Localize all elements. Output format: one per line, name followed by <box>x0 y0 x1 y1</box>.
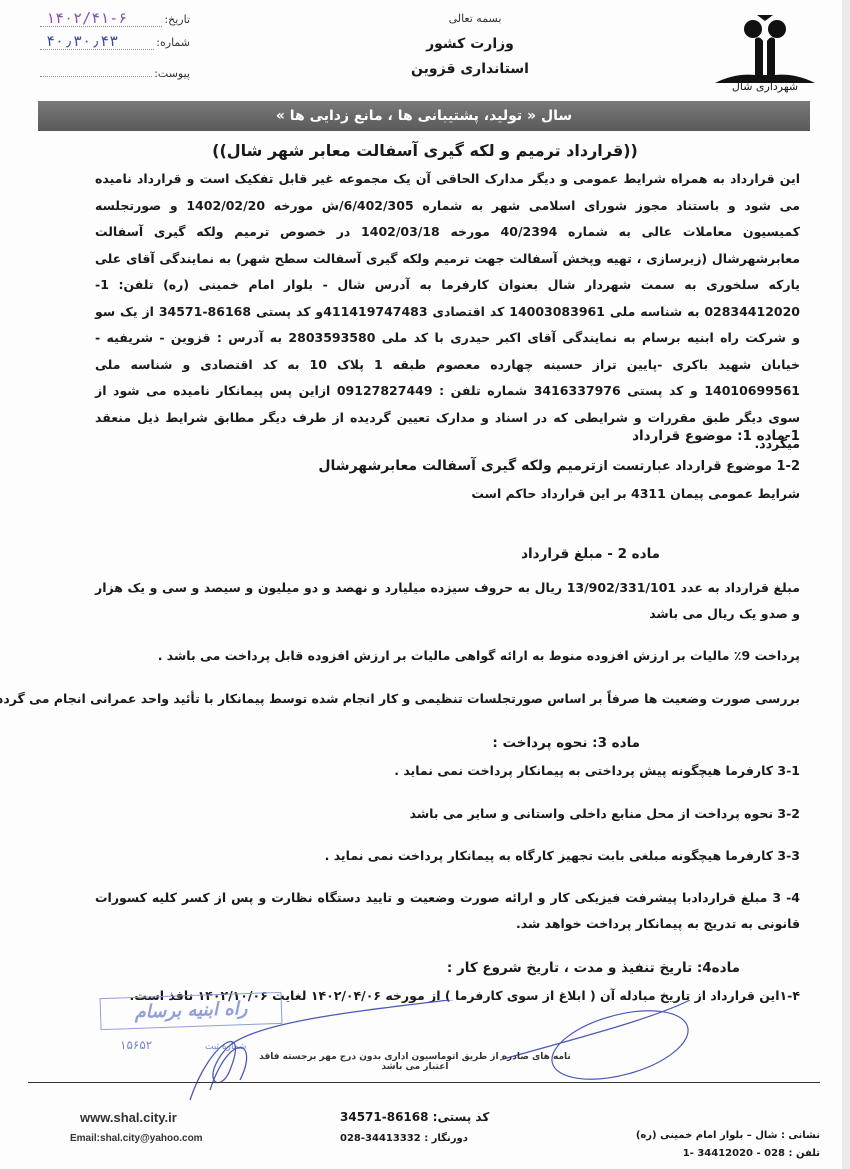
company-stamp: راه ابنیه برسام <box>99 992 282 1030</box>
article2-heading: ماده 2 - مبلغ قرارداد <box>521 546 660 562</box>
article1-item: 1-2 موضوع قرارداد عبارتست ازترمیم ولکه گ… <box>95 458 800 474</box>
email-link[interactable]: Email:shal.city@yahoo.com <box>70 1133 203 1144</box>
date-value: ۱۴۰۲/۴۱-۶ <box>40 10 162 27</box>
article1-item-prefix: 1-2 موضوع قرارداد عبارتست از <box>596 459 800 474</box>
date-field: تاریخ: ۱۴۰۲/۴۱-۶ <box>40 10 190 27</box>
postal-code: کد پستی: 34571-86168 <box>340 1110 489 1124</box>
postal-label: کد پستی: <box>433 1110 490 1124</box>
review-text: بررسی صورت وضعیت ها صرفاً بر اساس صورتجل… <box>95 691 800 706</box>
fax-number: دورنگار : 028-34413332 <box>340 1133 468 1144</box>
article3-heading: ماده 3: نحوه پرداخت : <box>492 735 640 751</box>
number-field: شماره: ۴۰٫۳۰٫۴۳ <box>40 33 190 50</box>
footer-divider <box>28 1082 820 1083</box>
article3-item-4: 4- 3 مبلغ قراردادبا پیشرفت فیزیکی کار و … <box>95 885 800 937</box>
contract-amount-text: مبلغ قرارداد به عدد 13/902/331/101 ریال … <box>95 575 800 627</box>
general-terms-text: شرایط عمومی پیمان 4311 بر این قرارداد حا… <box>95 486 800 501</box>
document-title: ((قرارداد ترمیم و لکه گیری آسفالت معابر … <box>40 141 810 160</box>
attachment-value <box>40 60 152 77</box>
basmala: بسمه تعالی <box>440 12 510 25</box>
website-link[interactable]: www.shal.city.ir <box>80 1110 177 1125</box>
number-value: ۴۰٫۳۰٫۴۳ <box>40 33 154 50</box>
article3-item-1: 3-1 کارفرما هیچگونه پیش پرداختی به پیمان… <box>95 763 800 778</box>
date-label: تاریخ: <box>164 13 190 26</box>
ministry-name: وزارت کشور <box>410 36 530 52</box>
attachment-label: پیوست: <box>154 67 190 80</box>
logo-caption: شهرداری شال <box>705 80 825 93</box>
phone-label: تلفن : <box>788 1148 820 1159</box>
article3-item-3: 3-3 کارفرما هیچگونه مبلغی بابت تجهیز کار… <box>95 848 800 863</box>
number-label: شماره: <box>156 36 190 49</box>
page-edge <box>842 0 850 1169</box>
stamp-number: ۱۵۶۵۲ <box>120 1038 152 1052</box>
stamp-label: شماره ثبت <box>205 1042 246 1052</box>
vat-text: پرداخت 9٪ مالیات بر ارزش افزوده منوط به … <box>95 648 800 663</box>
phone-number: تلفن : 1- 34412020 - 028 <box>620 1148 820 1159</box>
address-text: نشانی : شال – بلوار امام خمینی (ره) <box>620 1130 820 1141</box>
article1-item-subject: ترمیم ولکه گیری آسفالت معابرشهرشال <box>318 458 595 474</box>
year-slogan-banner: سال « تولید، پشتیبانی ها ، مانع زدایی ها… <box>38 101 810 131</box>
article3-item-2: 3-2 نحوه پرداخت از محل منابع داخلی واستا… <box>95 806 800 821</box>
phone-value: 1- 34412020 - 028 <box>683 1148 785 1159</box>
automation-notice: نامه های صادره از طریق اتوماسیون اداری ب… <box>250 1052 580 1072</box>
article1-heading: 1-ماده 1: موضوع قرارداد <box>95 428 800 444</box>
fax-value: 028-34413332 <box>340 1133 421 1144</box>
preamble-paragraph: این قرارداد به همراه شرایط عمومی و دیگر … <box>95 166 800 458</box>
province-name: استانداری قزوین <box>400 61 540 77</box>
article4-heading: ماده4: تاریخ تنفیذ و مدت ، تاریخ شروع کا… <box>447 960 740 976</box>
attachment-field: پیوست: <box>40 60 190 80</box>
fax-label: دورنگار : <box>424 1133 468 1144</box>
postal-value: 34571-86168 <box>340 1110 428 1124</box>
